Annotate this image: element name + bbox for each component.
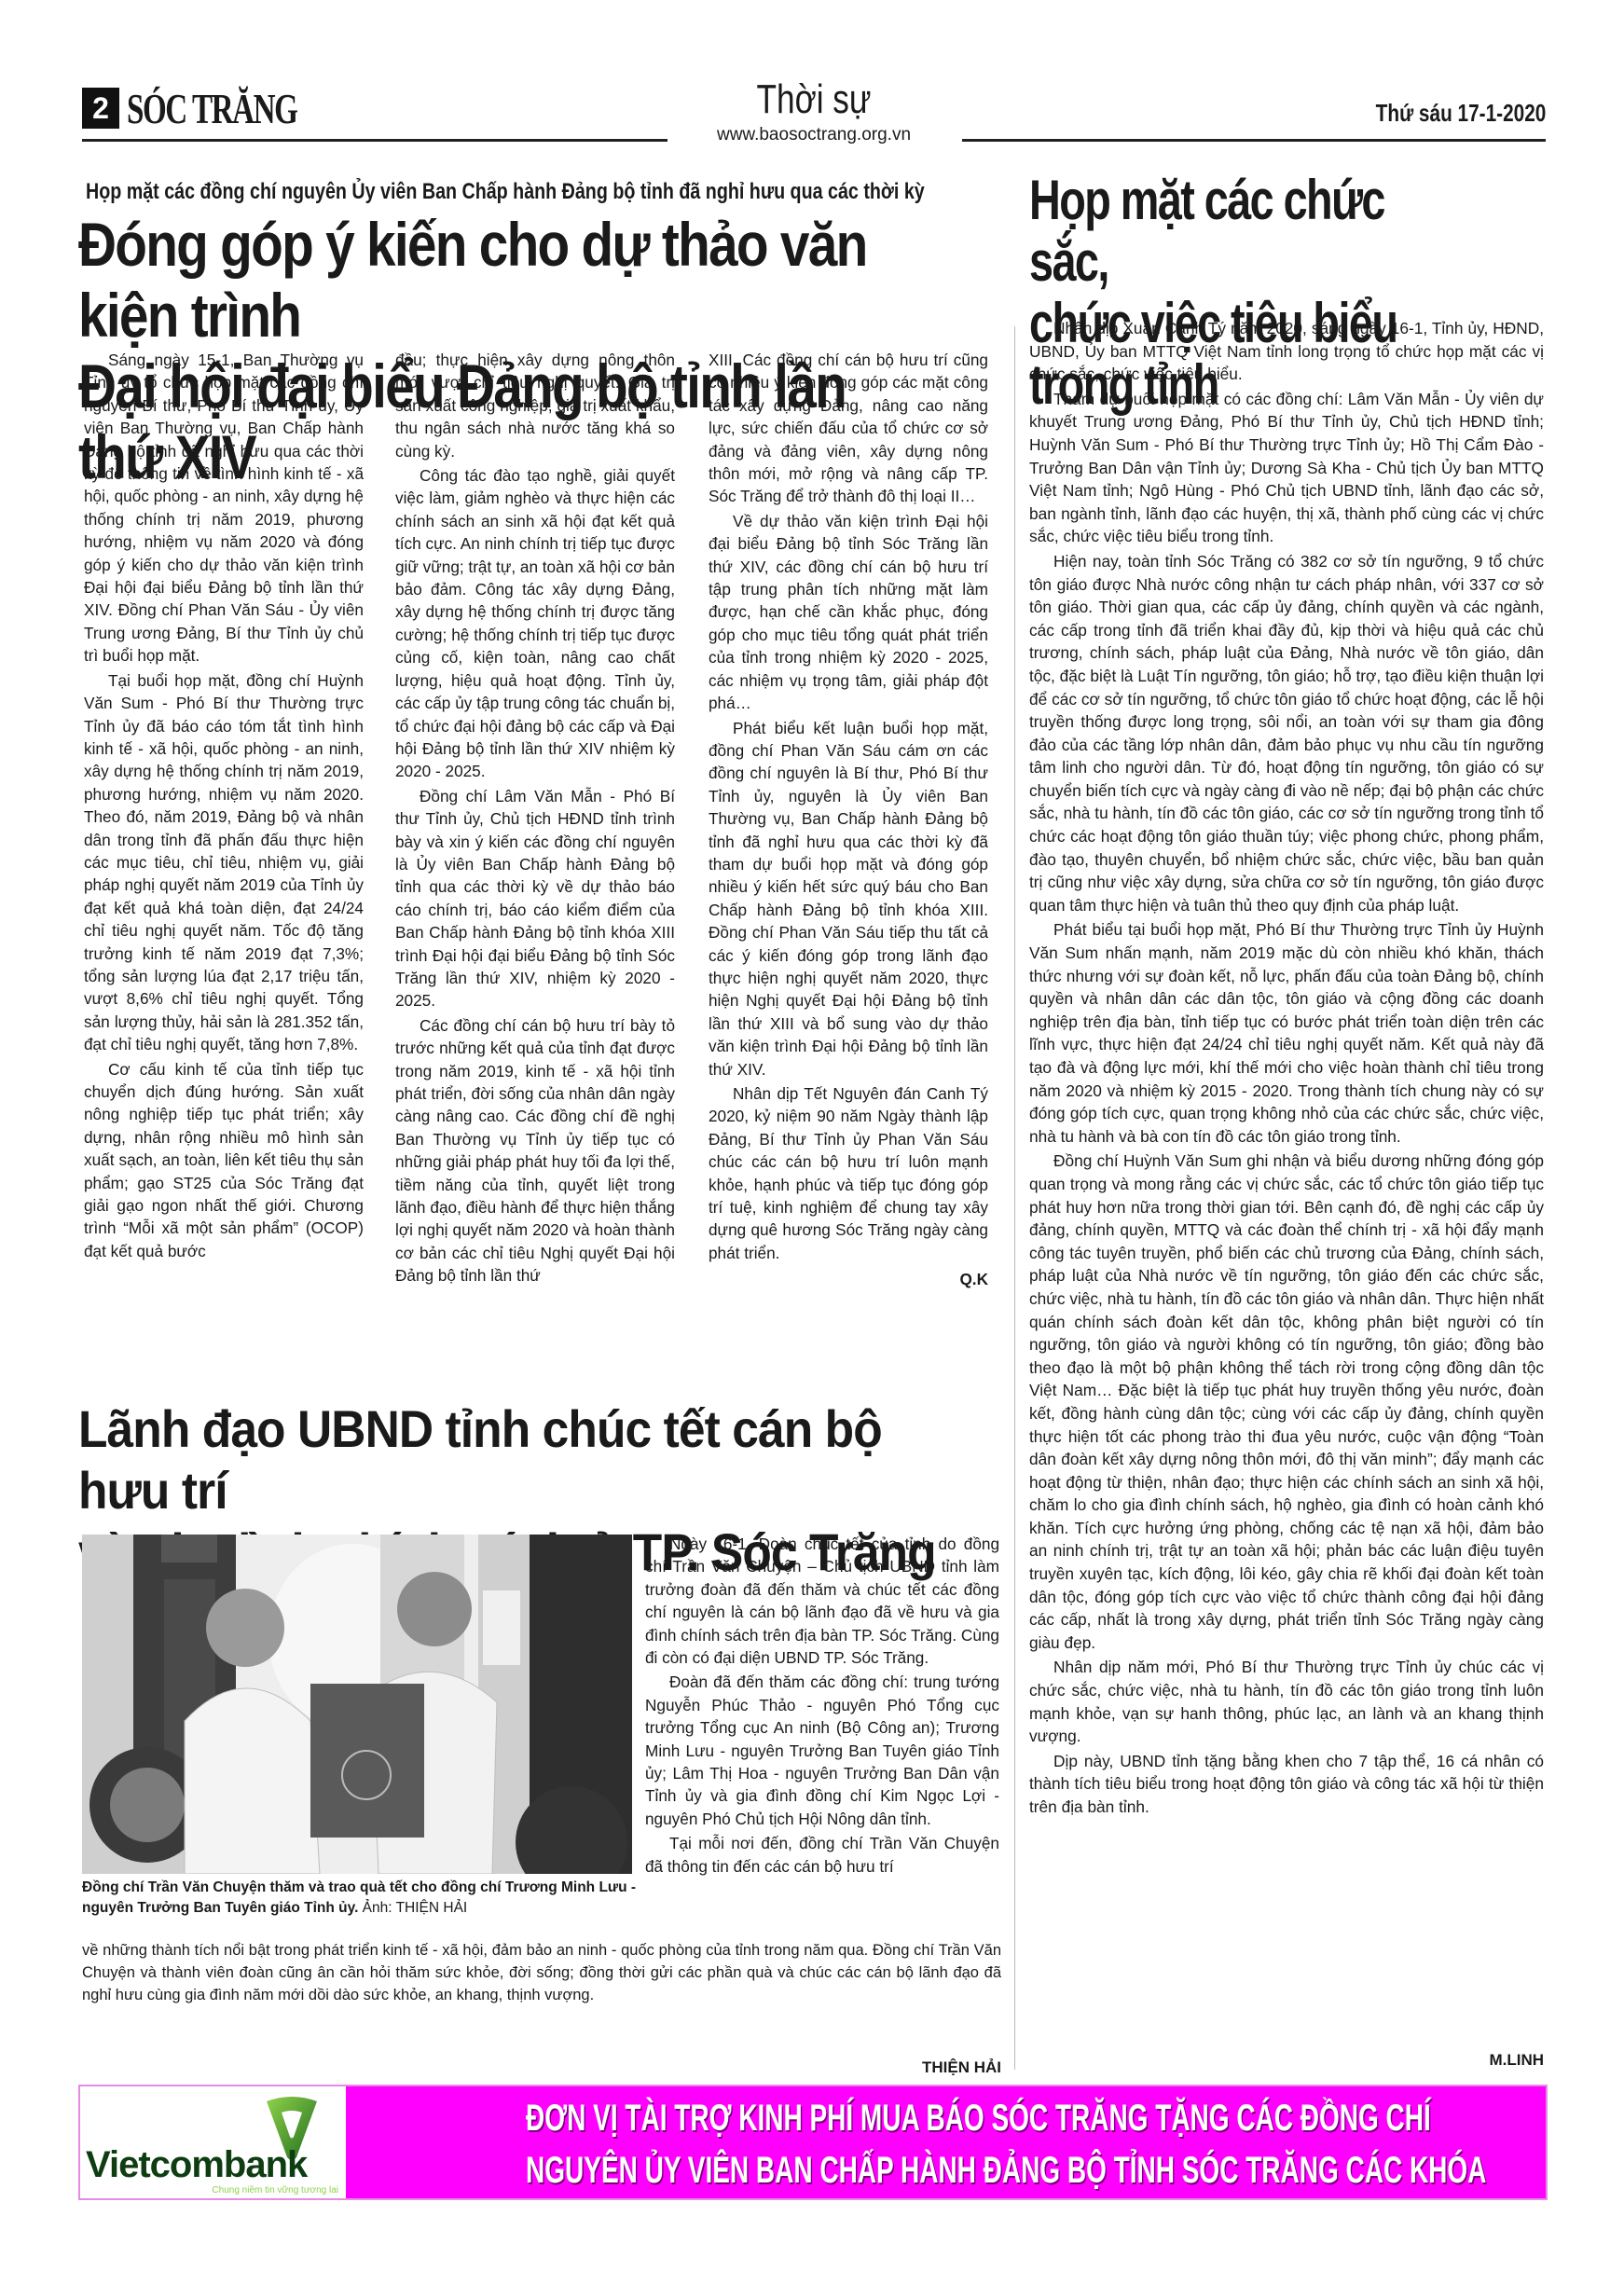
- article2-headline-line1: Lãnh đạo UBND tỉnh chúc tết cán bộ hưu t…: [78, 1398, 944, 1521]
- paragraph: Sáng ngày 15-1, Ban Thường vụ Tỉnh ủy tổ…: [84, 349, 364, 668]
- article1-byline: Q.K: [709, 1268, 988, 1290]
- article3-headline-line1: Họp mặt các chức sắc,: [1029, 170, 1437, 293]
- website[interactable]: www.baosoctrang.org.vn: [82, 125, 1546, 145]
- paragraph: Tại mỗi nơi đến, đồng chí Trần Văn Chuyệ…: [645, 1832, 999, 1878]
- paragraph: về những thành tích nổi bật trong phát t…: [82, 1939, 1001, 2006]
- paragraph: Hiện nay, toàn tỉnh Sóc Trăng có 382 cơ …: [1029, 550, 1544, 917]
- paragraph: Tại buổi họp mặt, đồng chí Huỳnh Văn Sum…: [84, 669, 364, 1056]
- article1-column-1: Sáng ngày 15-1, Ban Thường vụ Tỉnh ủy tổ…: [84, 349, 364, 1264]
- paragraph: Ngày 16-1, Đoàn chúc tết của tỉnh do đồn…: [645, 1533, 999, 1669]
- article1-headline-line1: Đóng góp ý kiến cho dự thảo văn kiện trì…: [78, 209, 880, 351]
- article1-kicker: Họp mặt các đồng chí nguyên Ủy viên Ban …: [86, 179, 832, 205]
- sponsor-slogan: Chung niềm tin vững tương lai: [212, 2185, 338, 2196]
- caption-credit: Ảnh: THIỆN HẢI: [358, 1900, 467, 1916]
- article1-column-2: đầu; thực hiện xây dựng nông thôn mới vư…: [395, 349, 675, 1289]
- photo-illustration: [82, 1535, 632, 1874]
- paragraph: Nhân dịp Xuân Canh Tý năm 2020, sáng ngà…: [1029, 317, 1544, 386]
- page-number: 2: [82, 88, 119, 129]
- sponsor-name: Vietcombank: [86, 2144, 307, 2186]
- article2-photo: [82, 1535, 632, 1874]
- issue-date: Thứ sáu 17-1-2020: [1375, 99, 1546, 128]
- paragraph: Nhân dịp năm mới, Phó Bí thư Thường trực…: [1029, 1656, 1544, 1747]
- paragraph: Nhân dịp Tết Nguyên đán Canh Tý 2020, kỷ…: [709, 1082, 988, 1264]
- sponsor-banner: Vietcombank Chung niềm tin vững tương la…: [78, 2085, 1548, 2200]
- banner-line-1: ĐƠN VỊ TÀI TRỢ KINH PHÍ MUA BÁO SÓC TRĂN…: [526, 2092, 1366, 2144]
- paragraph: Đoàn đã đến thăm các đồng chí: trung tướ…: [645, 1671, 999, 1830]
- paragraph: Phát biểu tại buổi họp mặt, Phó Bí thư T…: [1029, 918, 1544, 1148]
- paragraph: Đồng chí Huỳnh Văn Sum ghi nhận và biểu …: [1029, 1149, 1544, 1654]
- paragraph: Về dự thảo văn kiện trình Đại hội đại bi…: [709, 510, 988, 715]
- section-title: Thời sự: [228, 76, 1399, 123]
- paragraph: Tham dự buổi họp mặt có các đồng chí: Lâ…: [1029, 388, 1544, 548]
- article1-column-3: XIII. Các đồng chí cán bộ hưu trí cũng c…: [709, 349, 988, 1291]
- photo-caption: Đồng chí Trần Văn Chuyện thăm và trao qu…: [82, 1878, 637, 1919]
- paragraph: Công tác đào tạo nghề, giải quyết việc l…: [395, 464, 675, 783]
- article2-column-1: Ngày 16-1, Đoàn chúc tết của tỉnh do đồn…: [645, 1533, 999, 1879]
- paragraph: Cơ cấu kinh tế của tỉnh tiếp tục chuyển …: [84, 1058, 364, 1263]
- paragraph: Đồng chí Lâm Văn Mẫn - Phó Bí thư Tỉnh ủ…: [395, 785, 675, 1012]
- article3-column: Nhân dịp Xuân Canh Tý năm 2020, sáng ngà…: [1029, 317, 1544, 1821]
- website-link[interactable]: www.baosoctrang.org.vn: [711, 125, 916, 145]
- masthead: 2 SÓC TRĂNG Thời sự www.baosoctrang.org.…: [82, 76, 1546, 151]
- paragraph: XIII. Các đồng chí cán bộ hưu trí cũng c…: [709, 349, 988, 508]
- banner-message: ĐƠN VỊ TÀI TRỢ KINH PHÍ MUA BÁO SÓC TRĂN…: [346, 2086, 1546, 2198]
- paragraph: Các đồng chí cán bộ hưu trí bày tỏ trước…: [395, 1014, 675, 1287]
- article2-byline: THIỆN HẢI: [82, 2058, 1001, 2077]
- article2-wide-column: về những thành tích nổi bật trong phát t…: [82, 1939, 1001, 2008]
- article3-byline: M.LINH: [1029, 2051, 1544, 2070]
- vietcombank-logo: Vietcombank Chung niềm tin vững tương la…: [80, 2086, 346, 2198]
- paragraph: Dịp này, UBND tỉnh tặng bằng khen cho 7 …: [1029, 1750, 1544, 1819]
- column-divider: [1014, 326, 1015, 2070]
- paragraph: đầu; thực hiện xây dựng nông thôn mới vư…: [395, 349, 675, 462]
- paragraph: Phát biểu kết luận buổi họp mặt, đồng ch…: [709, 717, 988, 1081]
- banner-line-2: NGUYÊN ỦY VIÊN BAN CHẤP HÀNH ĐẢNG BỘ TỈN…: [526, 2144, 1366, 2196]
